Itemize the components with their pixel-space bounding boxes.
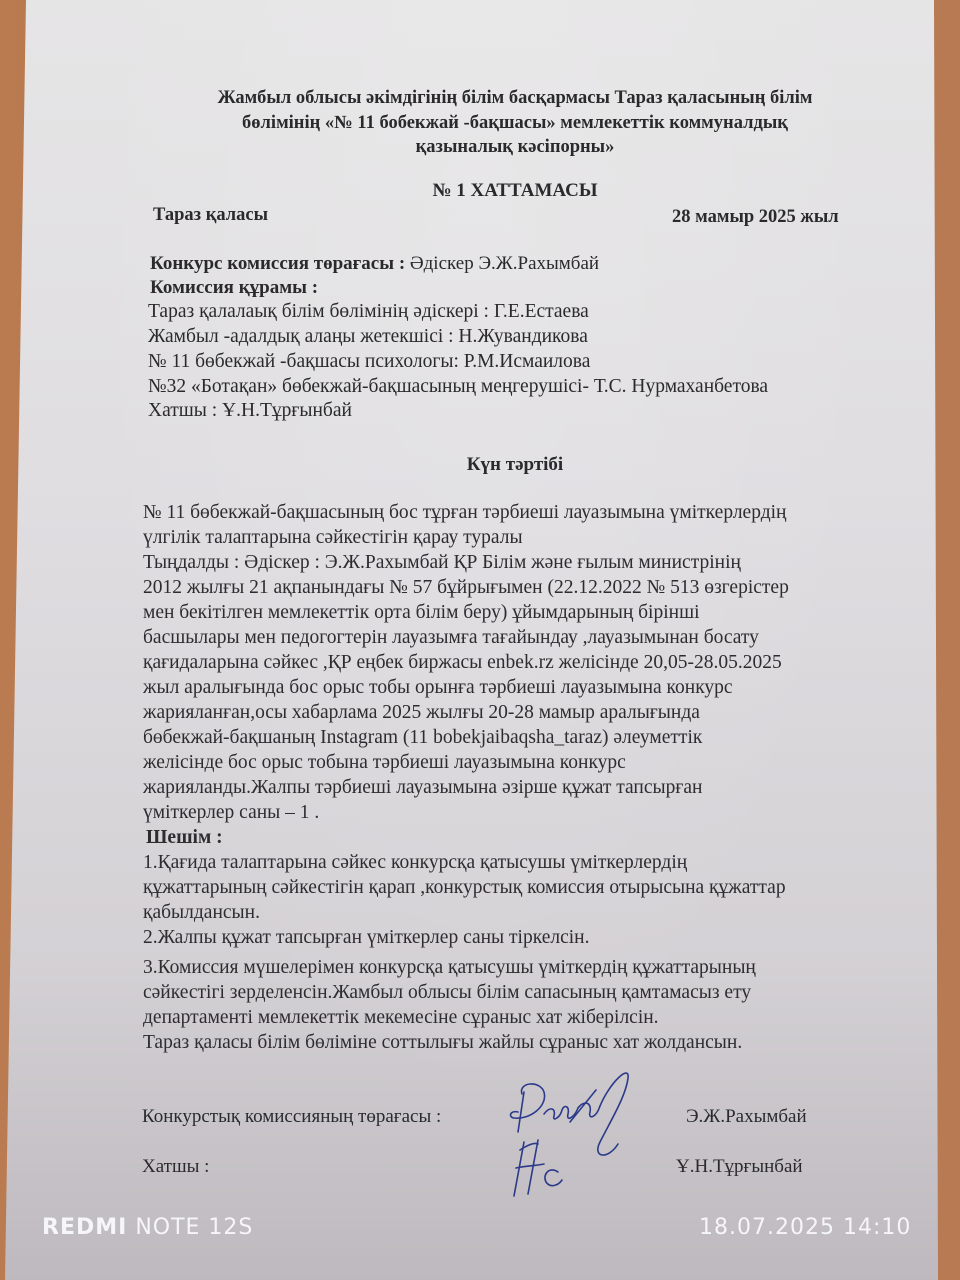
- decision-line: 1.Қағида талаптарына сәйкес конкурсқа қа…: [143, 851, 687, 876]
- org-header-line-2: бөлімінің «№ 11 бобекжай -бақшасы» мемле…: [120, 110, 910, 136]
- agenda-line: жарияланды.Жалпы тәрбиеші лауазымына әзі…: [143, 776, 702, 801]
- org-header-line-3: қазыналық кәсіпорны»: [120, 134, 910, 160]
- agenda-line: бөбекжай-бақшаның Instagram (11 bobekjai…: [143, 726, 702, 751]
- agenda-line: қағидаларына сәйкес ,ҚР еңбек биржасы en…: [143, 651, 782, 676]
- camera-model: NOTE 12S: [135, 1215, 253, 1240]
- agenda-line: үлгілік талаптарына сәйкестігін қарау ту…: [143, 526, 523, 551]
- decision-line: 3.Комиссия мүшелерімен конкурсқа қатысуш…: [143, 956, 756, 981]
- document-date: 28 мамыр 2025 жыл: [672, 204, 839, 230]
- decision-line: құжаттарының сәйкестігін қарап ,конкурст…: [143, 876, 786, 901]
- camera-watermark-timestamp: 18.07.2025 14:10: [699, 1215, 911, 1240]
- camera-brand: REDMI: [42, 1215, 127, 1240]
- chair-signature-label: Конкурстық комиссияның төрағасы :: [142, 1104, 441, 1130]
- decision-line: департаменті мемлекеттік мекемесіне сұра…: [143, 1006, 659, 1031]
- decision-line: Тараз қаласы білім бөліміне соттылығы жа…: [143, 1031, 742, 1056]
- commission-member: Жамбыл -адалдық алаңы жетекшісі : Н.Жува…: [148, 324, 588, 350]
- agenda-line: басшылары мен педогогтерін лауазымға тағ…: [143, 626, 759, 651]
- camera-watermark-model: REDMI NOTE 12S: [42, 1215, 253, 1240]
- agenda-line: үміткерлер саны – 1 .: [143, 801, 319, 826]
- commission-chair: Конкурс комиссия төрағасы : Әдіскер Э.Ж.…: [150, 251, 599, 277]
- agenda-line: желісінде бос орыс тобына тәрбиеші лауаз…: [143, 751, 626, 776]
- place-label: Тараз қаласы: [153, 202, 268, 228]
- document-title: № 1 ХАТТАМАСЫ: [120, 178, 910, 204]
- commission-member: №32 «Ботақан» бөбекжай-бақшасының меңгер…: [148, 374, 768, 400]
- chair-name: Э.Ж.Рахымбай: [686, 1104, 807, 1130]
- commission-secretary: Хатшы : Ұ.Н.Тұрғынбай: [148, 398, 352, 424]
- commission-chair-value: Әдіскер Э.Ж.Рахымбай: [405, 253, 599, 274]
- agenda-line: жыл аралығында бос орыс тобы орынға тәрб…: [143, 676, 733, 701]
- agenda-line: № 11 бөбекжай-бақшасының бос тұрған тәрб…: [143, 501, 786, 526]
- decision-line: 2.Жалпы құжат тапсырған үміткерлер саны …: [143, 926, 589, 951]
- handwritten-signature: [500, 1062, 650, 1202]
- commission-member: № 11 бөбекжай -бақшасы психологы: Р.М.Ис…: [148, 349, 590, 375]
- decision-line: сәйкестігі зерделенсін.Жамбыл облысы біл…: [143, 981, 751, 1006]
- decision-heading: Шешім :: [146, 826, 223, 851]
- agenda-line: 2012 жылғы 21 ақпанындағы № 57 бұйрығыме…: [143, 576, 789, 601]
- agenda-line: мен бекітілген мемлекеттік орта білім бе…: [143, 601, 700, 626]
- commission-member: Тараз қалалаық білім бөлімінің әдіскері …: [148, 299, 589, 325]
- agenda-line: Тыңдалды : Әдіскер : Э.Ж.Рахымбай ҚР Біл…: [143, 551, 741, 576]
- org-header-line-1: Жамбыл облысы әкімдігінің білім басқарма…: [120, 85, 910, 111]
- commission-members-label: Комиссия құрамы :: [150, 275, 318, 301]
- agenda-heading: Күн тәртібі: [120, 452, 910, 478]
- decision-line: қабылдансын.: [143, 901, 260, 926]
- secretary-name: Ұ.Н.Тұрғынбай: [676, 1154, 803, 1180]
- secretary-signature-label: Хатшы :: [142, 1154, 209, 1180]
- agenda-line: жарияланған,осы хабарлама 2025 жылғы 20-…: [143, 701, 700, 726]
- commission-chair-label: Конкурс комиссия төрағасы :: [150, 253, 405, 274]
